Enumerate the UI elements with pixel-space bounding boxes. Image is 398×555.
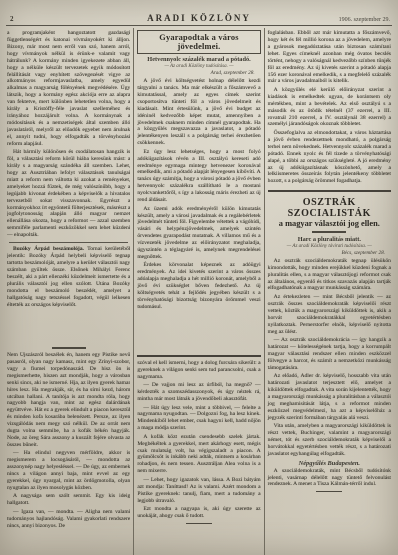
feuilleton-paragraph: — Ha elindul negyven mérföldre, akkor is… [7,450,130,492]
column-middle: Gyarapodtak a város jövedelmei. Hetvenny… [133,28,263,555]
section-divider [268,190,391,192]
article-paragraph: Az előadó, Adler dr. képviselő, hosszabb… [268,373,391,421]
article-paragraph: foglalásban. Ebből azt már kimutatta a f… [268,30,391,85]
article-paragraph: A közgyűlés elé kerülő előirányzat szeri… [268,87,391,129]
feuilleton-paragraph: szóval el kell ismerni, hogy a dolog fur… [137,360,260,381]
masthead-title: ARADI KÖZLÖNY [6,13,392,23]
newspaper-page: 2 ARADI KÖZLÖNY 1906. szeptember 29. a p… [0,0,398,555]
feuilleton-left: Nem Újszászról beszélek én, hanem egy Pi… [7,352,130,555]
socialists-title-line2: a magyar választói jog ellen. [268,219,391,228]
article-subtitle: Hetvennyolc százalék marad a pótadó. [137,56,260,63]
article-paragraph: Összefoglalva az elmondottakat, a város … [268,130,391,185]
columns: a programjaként hangoztatott gazdasági f… [4,28,394,555]
article-paragraph: Az osztrák szociáldemokraták tegnap ülés… [268,258,391,293]
article-paragraph: Érdekes körvonalat képeznek az adóügyi e… [137,262,260,310]
socialists-dateline: Bécs, szeptember 28. [268,250,385,256]
austrian-socialists-article: OSZTRÁK SZOCIALISTÁK a magyar választói … [268,195,391,497]
column-right: foglalásban. Ebből azt már kimutatta a f… [264,28,394,555]
article-paragraph: A szociáldemokraták, mint Bécsből tudósí… [268,468,391,489]
article-paragraph: Az üzemi adók eredményéről külön kimutat… [137,206,260,261]
article-paragraph: a programjaként hangoztatott gazdasági f… [7,30,130,148]
feuilleton-paragraph: — Hát úgy lesz vele, mint a többivel, — … [137,405,260,433]
city-revenues-article: Gyarapodtak a város jövedelmei. Hetvenny… [137,30,260,352]
feuilleton-divider [52,347,86,349]
left-article-continuation: a programjaként hangoztatott gazdasági f… [7,30,130,344]
article-end-rule [316,491,342,492]
feuilleton-paragraph: Ezt mondta a nagyapa is, aki úgy szerett… [137,506,260,520]
feuilleton-paragraph: A kofák közt ezután csendesebb szelek já… [137,434,260,476]
feuilleton-middle: szóval el kell ismerni, hogy a dolog fur… [137,360,260,555]
article-dateline: Arad, szeptember 28. [137,70,254,76]
feuilleton-divider [137,355,260,357]
right-article-continuation: foglalásban. Ebből azt már kimutatta a f… [268,30,391,187]
headline-divider [312,231,346,233]
article-title: Gyarapodtak a város jövedelmei. [139,33,258,51]
article-headline-box: Gyarapodtak a város jövedelmei. [137,30,260,54]
section-divider [9,242,128,243]
feuilleton-paragraph: Nem Újszászról beszélek én, hanem egy Pi… [7,352,130,449]
feuilleton-paragraph: — De vajjon mi lesz az úrfiból, ha megnő… [137,382,260,403]
article-credit: — Az aradi Közlöny tudósítása. — [137,64,260,69]
article-paragraph: A jövő évi költségvetést holnap délelőtt… [137,78,260,147]
bozoky-report: Bozóky Árpád beszámolója. Tornai kerület… [7,246,130,308]
feuilleton-paragraph: — Igaza van, — mondta. — Aligha nem vala… [7,509,130,530]
socialists-title-line1: OSZTRÁK SZOCIALISTÁK [268,197,391,219]
column-left: a programjaként hangoztatott gazdasági f… [4,28,133,555]
article-paragraph: Hát bármily különösen és csodálatosan ha… [7,149,130,239]
feuilleton-paragraph: — Lehet, hogy igazatok van, lássa. A Boz… [137,477,260,505]
bozoky-text: Tornai kerületéből jelentik: Bozóky Árpá… [7,246,130,307]
article-paragraph: Az értekezleten — mint Bécsből jelentik … [268,294,391,336]
article-paragraph: Ez úgy lesz lehetséges, hogy a most foly… [137,149,260,204]
feuilleton-paragraph: A nagysága sem szólt semmit. Egy kis ide… [7,493,130,507]
socialists-credit: — Az aradi Közlöny távirati tudósítása. … [268,244,391,249]
subsection-title: Népgyűlés Budapesten. [268,460,391,467]
article-paragraph: Vita után, amelyben a magyarországi kikü… [268,423,391,458]
article-paragraph: — Az osztrák szociáldemokrácia — így han… [268,337,391,372]
issue-date: 1906. szeptember 29. [339,17,390,23]
socialists-subtitle: Harc a pluralitás miatt. [268,236,391,243]
bozoky-lead-in: Bozóky Árpád beszámolója. [13,246,84,252]
page-header: 2 ARADI KÖZLÖNY 1906. szeptember 29. [6,11,392,26]
feuilleton-end-rule [186,523,212,524]
